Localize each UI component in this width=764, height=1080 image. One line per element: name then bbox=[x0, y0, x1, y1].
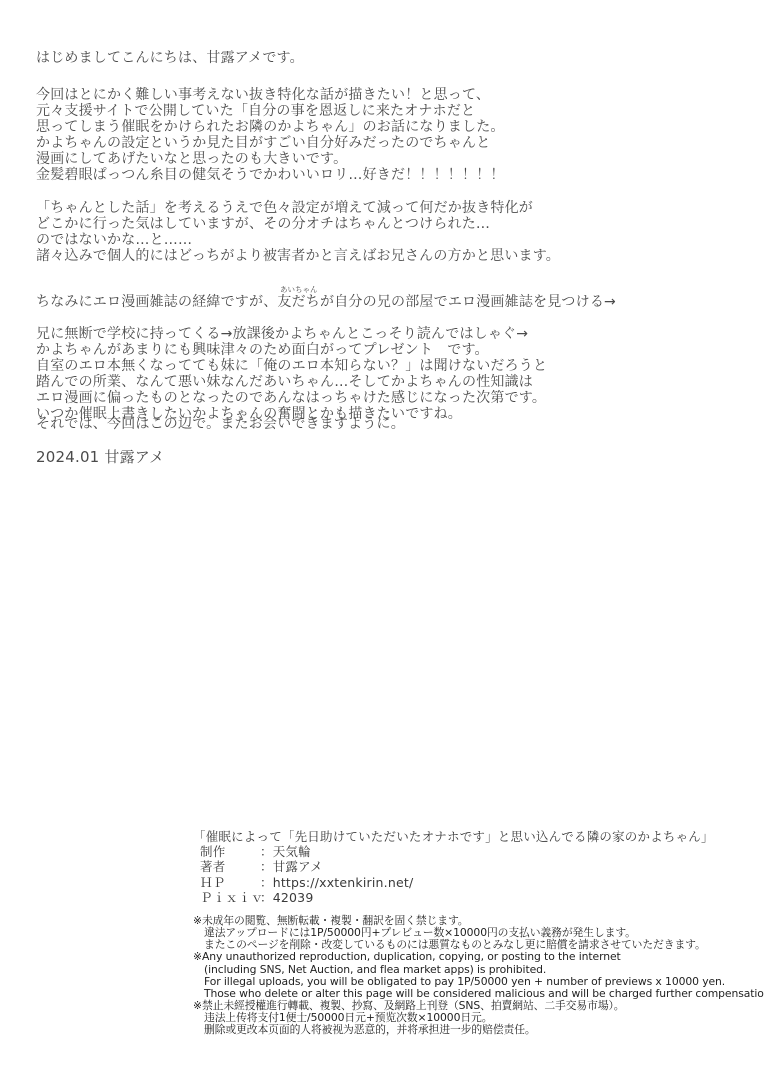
ruby-line-before: ちなみにエロ漫画雑誌の経緯ですが、 bbox=[36, 294, 277, 310]
credit-colon: ： bbox=[260, 859, 273, 874]
credit-value: 甘露アメ bbox=[273, 859, 323, 874]
credit-colon: ： bbox=[260, 875, 273, 890]
credit-label: 著者 bbox=[200, 859, 260, 874]
scanned-afterword-page: { "colors": { "background": "#ffffff", "… bbox=[0, 0, 764, 1080]
afterword-paragraph-magazine: ちなみにエロ漫画雑誌の経緯ですが、あいちゃん友だちが自分の兄の部屋でエロ漫画雑誌… bbox=[36, 278, 616, 438]
ruby-base-text: 友だち bbox=[277, 294, 320, 310]
afterword-greeting: はじめましてこんにちは、甘露アメです。 bbox=[36, 50, 304, 66]
afterword-closing: それでは、今回はこの辺で。またお会いできますように。 bbox=[36, 416, 405, 432]
credit-row-pixiv: Ｐｉｘｉｖ：42039 bbox=[193, 890, 714, 905]
credit-label: Ｐｉｘｉｖ bbox=[200, 890, 260, 905]
afterword-paragraph-concept: 今回はとにかく難しい事考えない抜き特化な話が描きたい！と思って、 元々支援サイト… bbox=[36, 87, 505, 183]
legal-disclaimer-block: ※未成年の閲覧、無断転載・複製・翻訳を固く禁じます。 違法アップロードには1P/… bbox=[193, 915, 764, 1037]
afterword-ruby-line: ちなみにエロ漫画雑誌の経緯ですが、あいちゃん友だちが自分の兄の部屋でエロ漫画雑誌… bbox=[36, 294, 616, 310]
credit-label: 制作 bbox=[200, 844, 260, 859]
afterword-paragraph-story: 「ちゃんとした話」を考えるうえで色々設定が増えて減って何だか抜き特化が どこかに… bbox=[36, 200, 560, 264]
page-background: はじめましてこんにちは、甘露アメです。 今回はとにかく難しい事考えない抜き特化な… bbox=[0, 0, 764, 1080]
credit-value: 天気輪 bbox=[273, 844, 311, 859]
afterword-paragraph-magazine-rest: 兄に無断で学校に持ってくる→放課後かよちゃんとこっそり読んではしゃぐ→ かよちゃ… bbox=[36, 326, 616, 422]
legal-line-en-2: (including SNS, Net Auction, and flea ma… bbox=[193, 964, 764, 976]
credit-row-production: 制作：天気輪 bbox=[193, 844, 714, 859]
legal-line-zh-3: 删除或更改本页面的人将被视为恶意的，并将承担进一步的赔偿责任。 bbox=[193, 1024, 764, 1036]
colophon-block: 「催眠によって「先日助けていただいたオナホです」と思い込んでる隣の家のかよちゃん… bbox=[193, 829, 714, 905]
credit-colon: ： bbox=[260, 890, 273, 905]
credit-colon: ： bbox=[260, 844, 273, 859]
ruby-annotated-word: あいちゃん友だち bbox=[277, 294, 320, 310]
furigana-text: あいちゃん bbox=[280, 286, 318, 294]
pixiv-id-text: 42039 bbox=[273, 890, 314, 905]
credit-label: ＨＰ bbox=[200, 875, 260, 890]
credit-row-author: 著者：甘露アメ bbox=[193, 859, 714, 874]
date-signature: 2024.01 甘露アメ bbox=[36, 449, 164, 465]
work-title: 「催眠によって「先日助けていただいたオナホです」と思い込んでる隣の家のかよちゃん… bbox=[193, 829, 714, 844]
legal-line-en-1: ※Any unauthorized reproduction, duplicat… bbox=[193, 951, 764, 963]
ruby-line-after: が自分の兄の部屋でエロ漫画雑誌を見つける→ bbox=[320, 294, 616, 310]
homepage-url-text: https://xxtenkirin.net/ bbox=[273, 875, 414, 890]
credit-row-homepage: ＨＰ：https://xxtenkirin.net/ bbox=[193, 875, 714, 890]
